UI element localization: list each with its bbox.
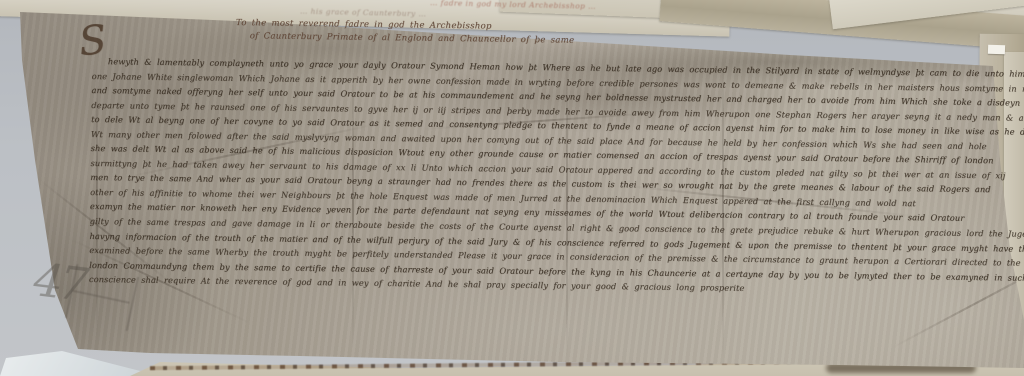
petition-address: To the most reverend fadre in god the Ar…	[236, 17, 575, 48]
archive-tab	[988, 45, 1005, 55]
manuscript-photo: … fadre in god my lord Archebisshop … … …	[0, 0, 1024, 376]
petition-body: hewyth & lamentably complayneth unto yo …	[89, 54, 994, 299]
